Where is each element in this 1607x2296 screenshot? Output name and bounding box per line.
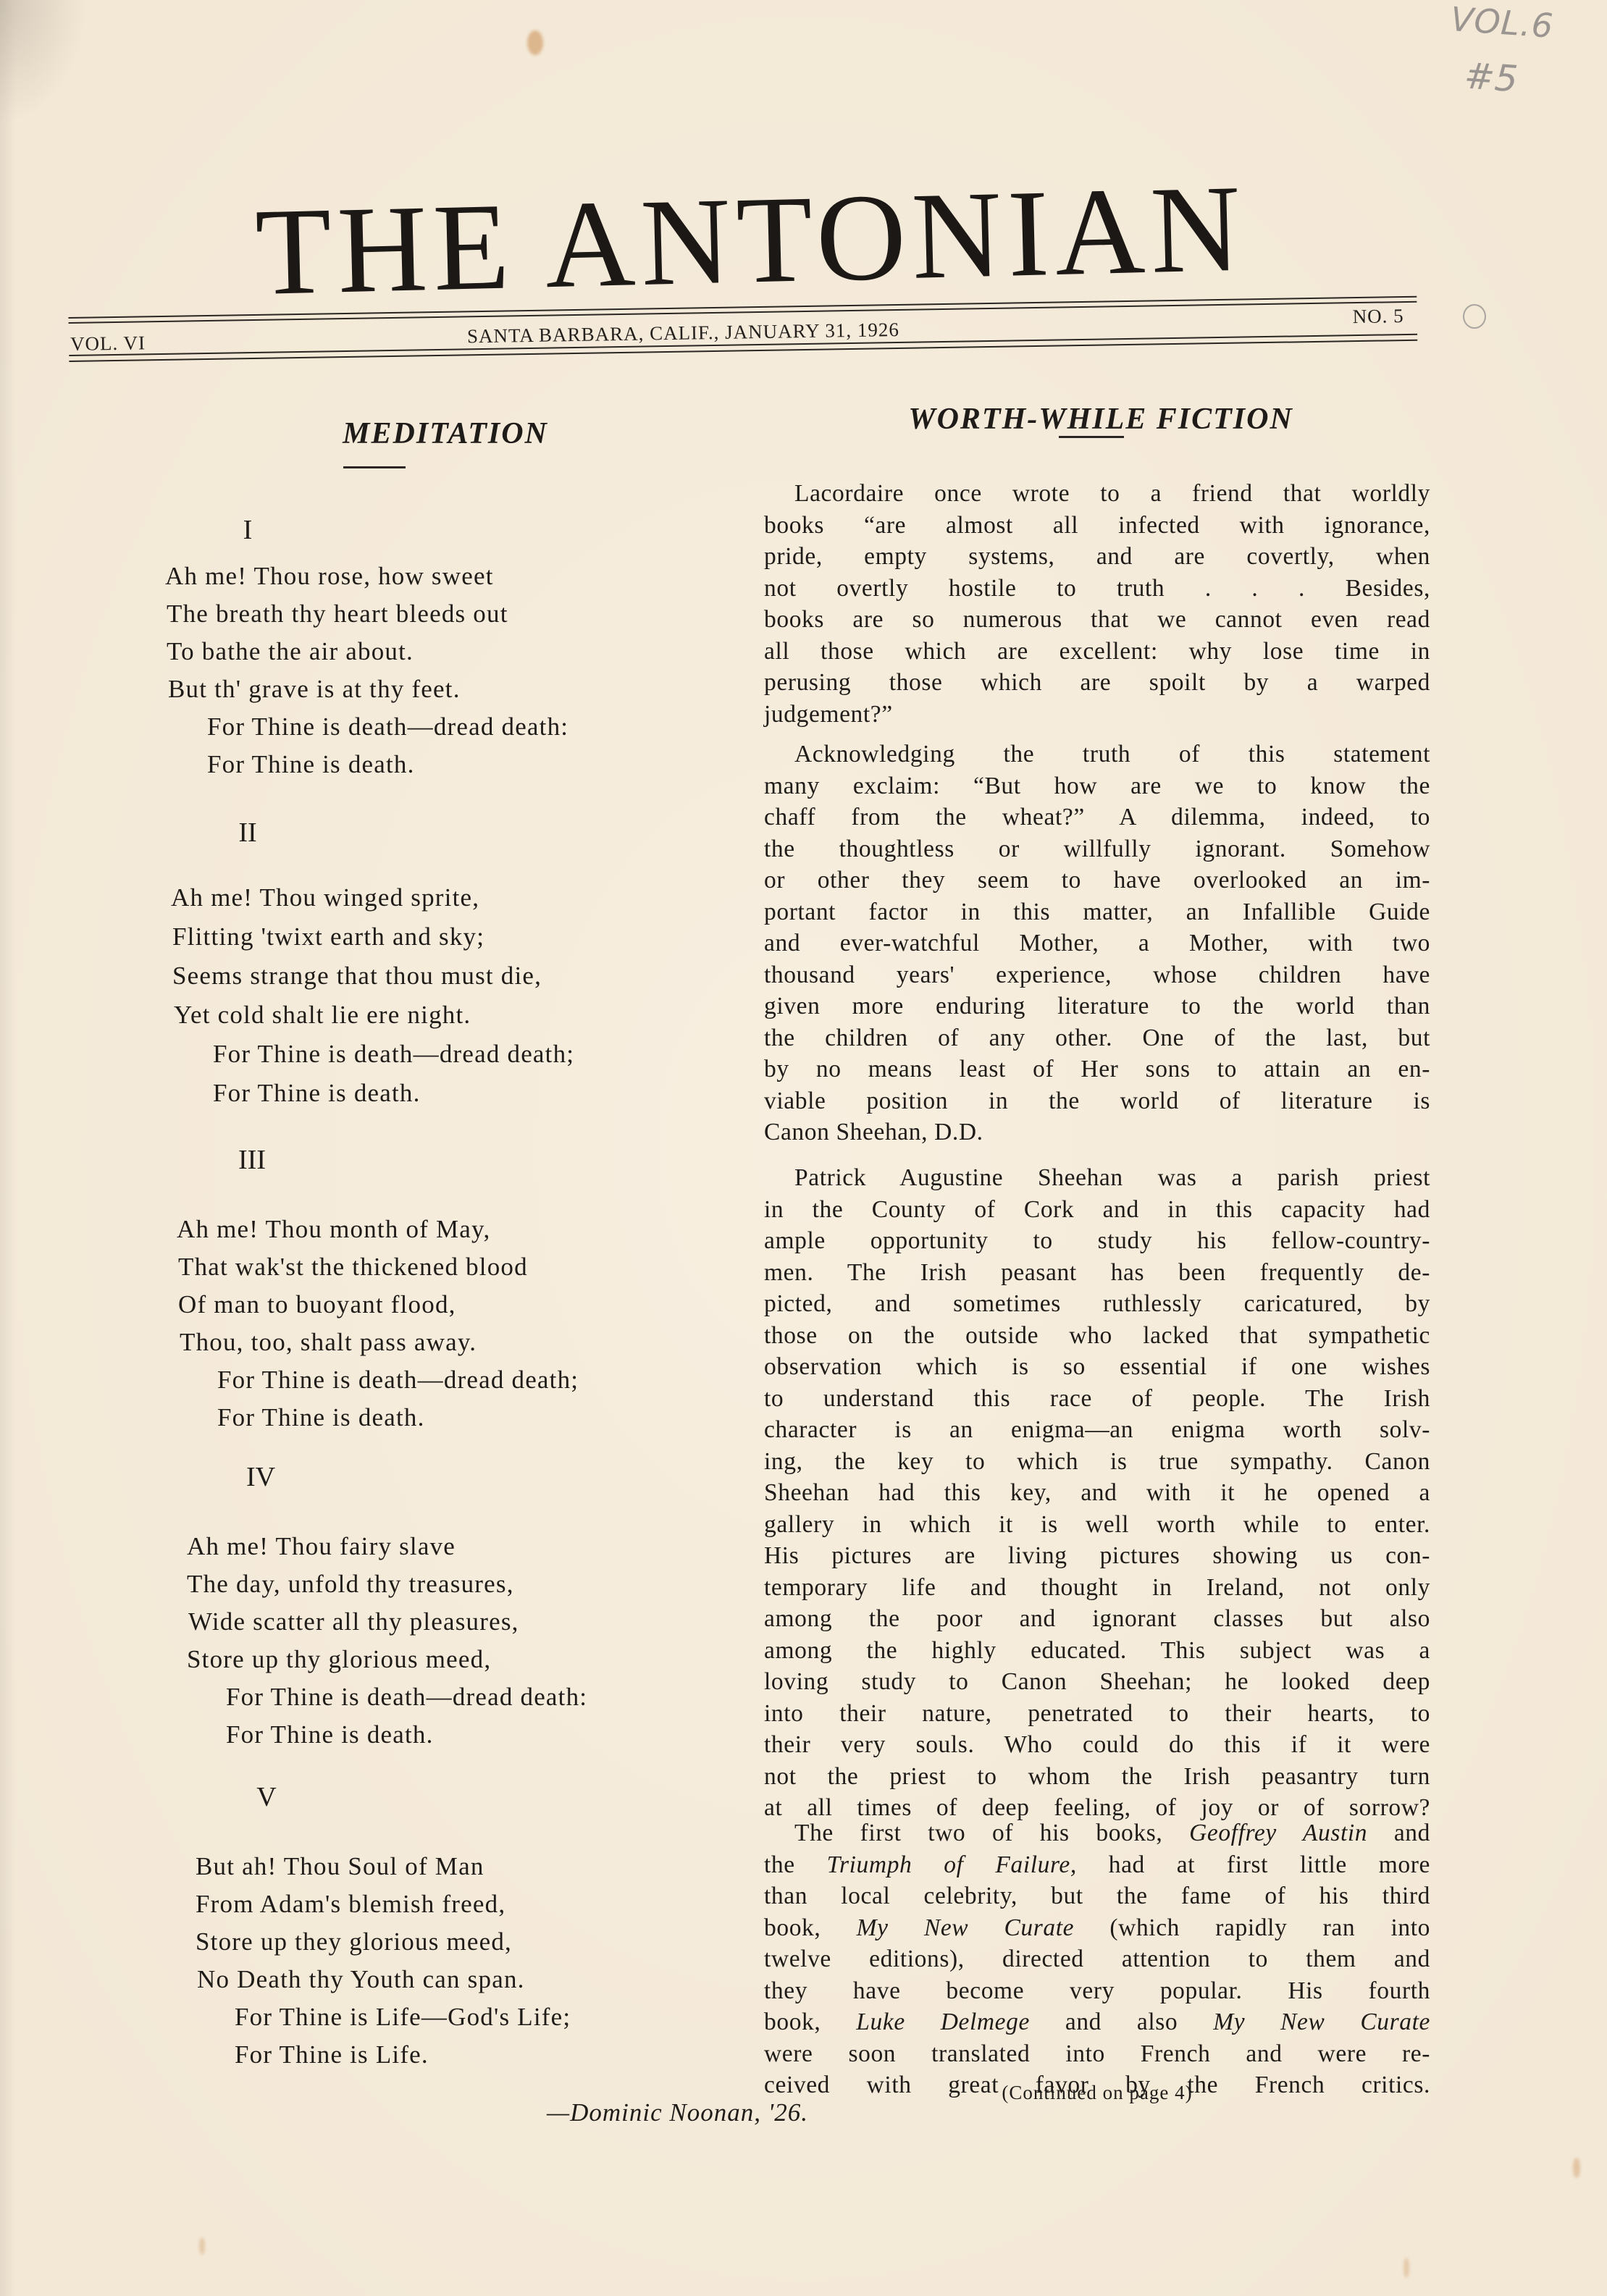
text-line: their very souls. Who could do this if i… [764, 1729, 1430, 1761]
text-line: chaff from the wheat?” A dilemma, indeed… [764, 802, 1430, 833]
text-line: Patrick Augustine Sheehan was a parish p… [764, 1162, 1430, 1194]
text-line: men. The Irish peasant has been frequent… [764, 1257, 1430, 1289]
article-paragraph: Lacordaire once wrote to a friend that w… [764, 478, 1430, 730]
text-line: thousand years' experience, whose childr… [764, 959, 1430, 991]
text-line: or other they seem to have overlooked an… [764, 865, 1430, 896]
text-run: and [1367, 1820, 1430, 1846]
poem-title: MEDITATION [293, 416, 597, 451]
handwritten-volume-note: VOL.6 [1449, 0, 1555, 46]
text-line: ample opportunity to study his fellow-co… [764, 1225, 1430, 1257]
stanza-numeral: I [0, 514, 545, 546]
book-title: Luke Delmege [856, 2009, 1030, 2035]
text-run: book, [764, 1914, 857, 1941]
poem-line: But ah! Thou Soul of Man [196, 1852, 484, 1881]
poem-line: Ah me! Thou fairy slave [187, 1532, 456, 1561]
poem-line: That wak'st the thickened blood [178, 1253, 528, 1282]
book-title: Triumph of Failure, [827, 1851, 1077, 1878]
poem-line: No Death thy Youth can span. [197, 1965, 525, 1994]
text-line: Sheehan had this key, and with it he ope… [764, 1477, 1430, 1509]
poem-line: Ah me! Thou rose, how sweet [165, 562, 494, 591]
text-line: book, Luke Delmege and also My New Curat… [764, 2006, 1430, 2038]
text-line: not overtly hostile to truth . . . Besid… [764, 573, 1430, 605]
poem-line: Wide scatter all thy pleasures, [188, 1607, 519, 1636]
text-line: portant factor in this matter, an Infall… [764, 896, 1430, 928]
poem-line: The breath thy heart bleeds out [167, 600, 508, 628]
text-run: had at first little more [1077, 1851, 1430, 1878]
text-run: The first two of his books, [794, 1820, 1189, 1846]
book-title: My New Curate [1213, 2009, 1430, 2035]
poem-line: Seems strange that thou must die, [172, 962, 542, 991]
stanza-numeral: III [0, 1144, 549, 1176]
poem-line: For Thine is death. [207, 750, 415, 779]
text-line: temporary life and thought in Ireland, n… [764, 1572, 1430, 1604]
text-line: books are so numerous that we cannot eve… [764, 604, 1430, 636]
text-line: among the poor and ignorant classes but … [764, 1603, 1430, 1635]
poem-line: Store up they glorious meed, [196, 1927, 512, 1956]
paper-stain [1573, 2158, 1580, 2178]
text-line: and ever-watchful Mother, a Mother, with… [764, 928, 1430, 959]
poem-line: For Thine is Life. [235, 2040, 429, 2069]
text-line: by no means least of Her sons to attain … [764, 1054, 1430, 1085]
text-line: into their nature, penetrated to their h… [764, 1698, 1430, 1730]
poem-line: For Thine is death—dread death: [207, 712, 568, 741]
paper-stain [1403, 2258, 1409, 2278]
text-line: Lacordaire once wrote to a friend that w… [764, 478, 1430, 510]
text-line: judgement?” [764, 699, 1430, 731]
poem-line: For Thine is death. [217, 1403, 425, 1432]
text-line: the thoughtless or willfully ignorant. S… [764, 833, 1430, 865]
poem-line: Store up thy glorious meed, [187, 1645, 491, 1674]
text-line: in the County of Cork and in this capaci… [764, 1194, 1430, 1226]
poem-line: For Thine is death. [226, 1720, 434, 1749]
text-line: those on the outside who lacked that sym… [764, 1320, 1430, 1352]
article-paragraph: Acknowledging the truth of this statemen… [764, 739, 1430, 1148]
poem-line: The day, unfold thy treasures, [187, 1570, 514, 1599]
text-line: given more enduring literature to the wo… [764, 991, 1430, 1022]
text-line: observation which is so essential if one… [764, 1351, 1430, 1383]
text-line: perusing those which are spoilt by a war… [764, 667, 1430, 699]
text-line: His pictures are living pictures showing… [764, 1540, 1430, 1572]
article-paragraph: The first two of his books, Geoffrey Aus… [764, 1817, 1430, 2101]
text-line: twelve editions), directed attention to … [764, 1943, 1430, 1975]
text-line: the children of any other. One of the la… [764, 1022, 1430, 1054]
text-line: viable position in the world of literatu… [764, 1085, 1430, 1117]
handwritten-number-note: #5 [1463, 54, 1519, 100]
text-line: books “are almost all infected with igno… [764, 510, 1430, 542]
title-divider [343, 466, 406, 468]
title-divider [1059, 436, 1124, 438]
poem-line: Yet cold shalt lie ere night. [174, 1001, 471, 1030]
poem-line: Thou, too, shalt pass away. [180, 1328, 477, 1357]
text-line: all those which are excellent: why lose … [764, 636, 1430, 668]
text-line: Canon Sheehan, D.D. [764, 1117, 1430, 1148]
text-line: character is an enigma—an enigma worth s… [764, 1414, 1430, 1446]
book-title: My New Curate [857, 1914, 1075, 1941]
poem-line: But th' grave is at thy feet. [168, 675, 461, 704]
text-line: Acknowledging the truth of this statemen… [764, 739, 1430, 770]
text-run: the [764, 1851, 827, 1878]
text-line: pride, empty systems, and are covertly, … [764, 541, 1430, 573]
volume-label: VOL. VI [70, 332, 146, 356]
text-line: book, My New Curate (which rapidly ran i… [764, 1912, 1430, 1944]
text-line: The first two of his books, Geoffrey Aus… [764, 1817, 1430, 1849]
text-line: picted, and sometimes ruthlessly caricat… [764, 1288, 1430, 1320]
stanza-numeral: IV [0, 1461, 558, 1493]
poem-line: Ah me! Thou winged sprite, [171, 883, 479, 912]
poem-line: To bathe the air about. [167, 637, 414, 666]
poem-line: For Thine is death—dread death; [213, 1040, 574, 1069]
text-line: the Triumph of Failure, had at first lit… [764, 1849, 1430, 1881]
text-line: loving study to Canon Sheehan; he looked… [764, 1666, 1430, 1698]
poem-line: Ah me! Thou month of May, [177, 1215, 490, 1244]
text-run: and also [1030, 2009, 1213, 2035]
book-title: Geoffrey Austin [1189, 1820, 1367, 1846]
text-line: ing, the key to which is true sympathy. … [764, 1446, 1430, 1478]
text-line: many exclaim: “But how are we to know th… [764, 770, 1430, 802]
poem-line: For Thine is death. [213, 1079, 421, 1108]
article-title: WORTH-WHILE FICTION [884, 402, 1318, 437]
text-run: (which rapidly ran into [1074, 1914, 1430, 1941]
text-line: they have become very popular. His fourt… [764, 1975, 1430, 2007]
text-line: than local celebrity, but the fame of hi… [764, 1880, 1430, 1912]
continued-on-page-link[interactable]: (Continued on page 4) [764, 2082, 1430, 2104]
poem-line: From Adam's blemish freed, [196, 1890, 505, 1919]
text-line: to understand this race of people. The I… [764, 1383, 1430, 1415]
issue-number-label: NO. 5 [1352, 305, 1403, 328]
text-line: not the priest to whom the Irish peasant… [764, 1761, 1430, 1793]
poem-line: For Thine is death—dread death: [226, 1683, 587, 1712]
text-line: were soon translated into French and wer… [764, 2038, 1430, 2070]
paper-stain [199, 2237, 205, 2255]
punch-hole-mark [1463, 304, 1486, 329]
stanza-numeral: V [0, 1781, 563, 1813]
poem-line: For Thine is death—dread death; [217, 1366, 579, 1395]
text-line: among the highly educated. This subject … [764, 1635, 1430, 1667]
poem-line: For Thine is Life—God's Life; [235, 2003, 571, 2032]
text-line: gallery in which it is well worth while … [764, 1509, 1430, 1541]
paper-stain [527, 30, 543, 55]
article-paragraph: Patrick Augustine Sheehan was a parish p… [764, 1162, 1430, 1824]
poem-line: Flitting 'twixt earth and sky; [172, 922, 484, 951]
newspaper-title: THE ANTONIAN [254, 168, 1199, 316]
stanza-numeral: II [0, 817, 545, 849]
poem-line: Of man to buoyant flood, [178, 1290, 456, 1319]
text-run: book, [764, 2009, 856, 2035]
